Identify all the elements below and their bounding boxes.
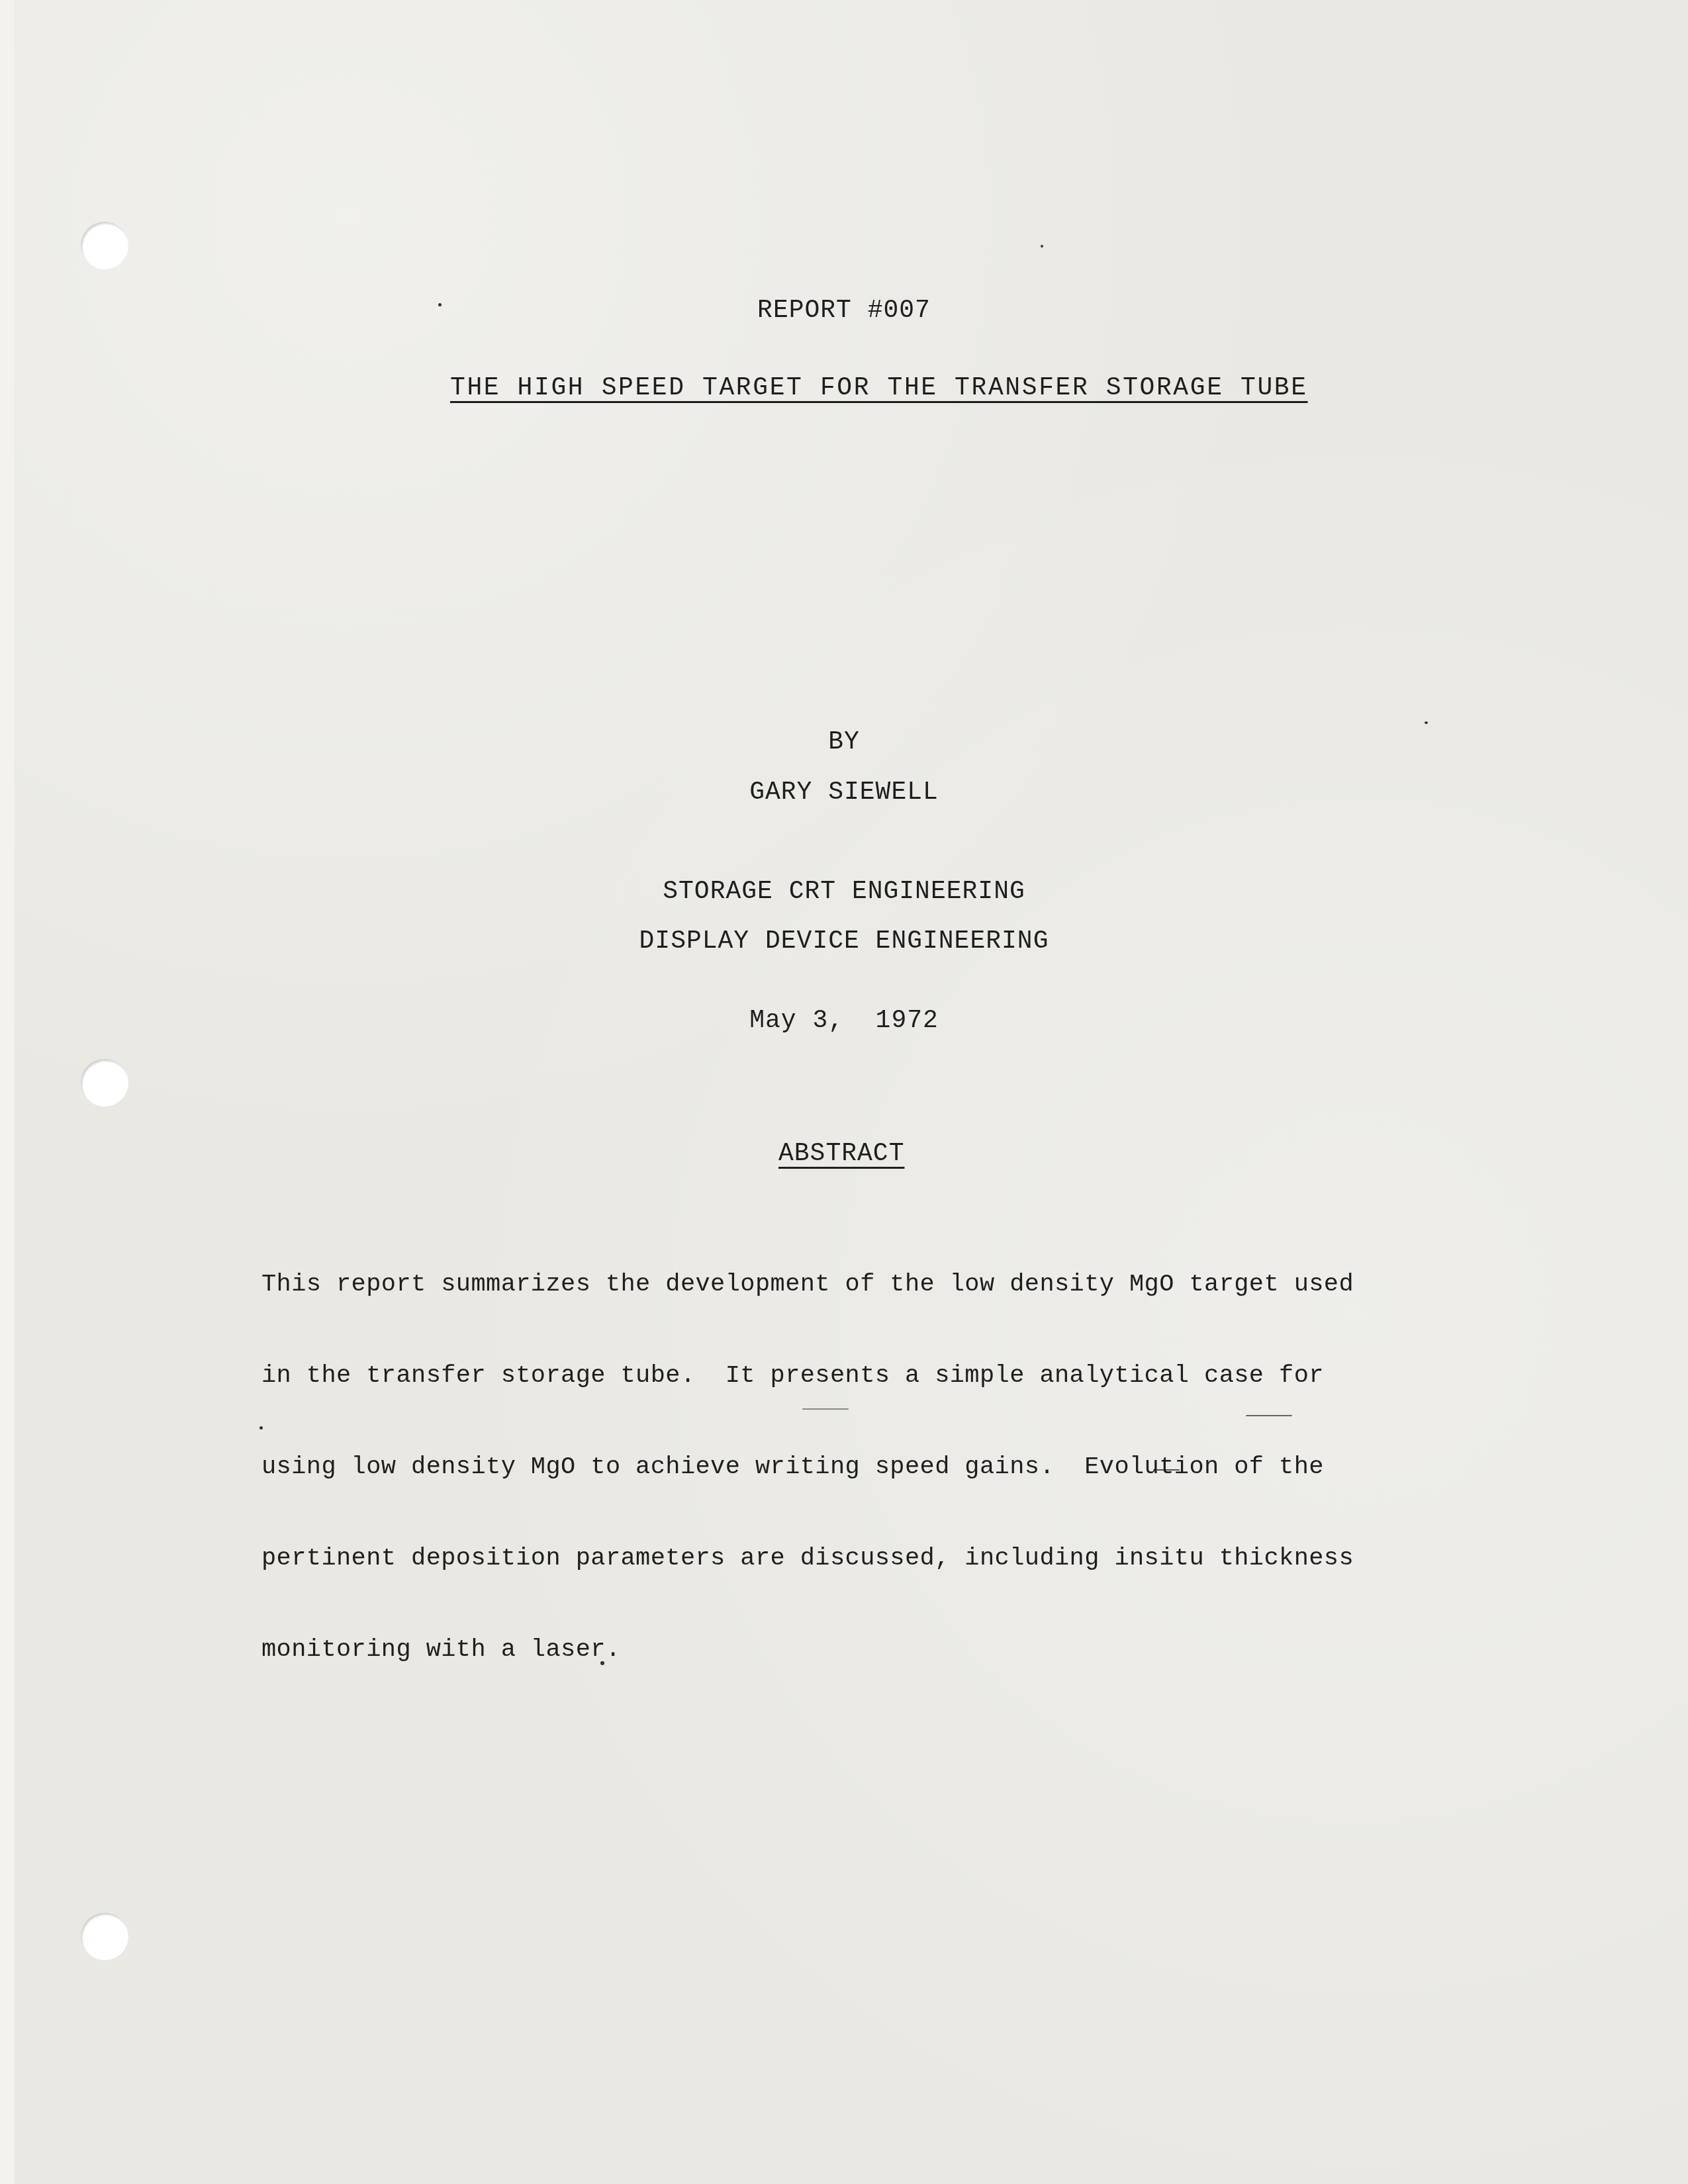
abstract-line: This report summarizes the development o… [261, 1269, 1493, 1300]
by-label: BY [0, 728, 1688, 756]
department-storage-crt: STORAGE CRT ENGINEERING [0, 878, 1688, 906]
scanned-page [15, 0, 1688, 2184]
report-number: REPORT #007 [0, 296, 1688, 325]
abstract-heading: ABSTRACT [778, 1140, 904, 1168]
punch-hole-top [81, 222, 128, 269]
abstract-line: pertinent deposition parameters are disc… [261, 1543, 1493, 1574]
report-date: May 3, 1972 [0, 1007, 1688, 1035]
speck [1041, 245, 1043, 248]
department-display-device: DISPLAY DEVICE ENGINEERING [0, 927, 1688, 956]
abstract-line: monitoring with a laser. [261, 1635, 1493, 1665]
abstract-line: in the transfer storage tube. It present… [261, 1361, 1493, 1391]
speck [1425, 721, 1428, 724]
abstract-body: This report summarizes the development o… [261, 1208, 1493, 1696]
report-title: THE HIGH SPEED TARGET FOR THE TRANSFER S… [450, 374, 1308, 402]
punch-hole-middle [81, 1059, 128, 1107]
author-name: GARY SIEWELL [0, 778, 1688, 807]
punch-hole-bottom [81, 1913, 128, 1960]
abstract-line: using low density MgO to achieve writing… [261, 1452, 1493, 1482]
